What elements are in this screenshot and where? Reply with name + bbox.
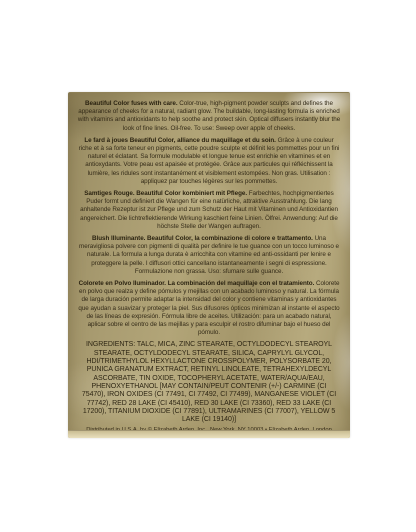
photo-white-background: Beautiful Color fuses with care. Color-t… (0, 0, 416, 532)
description-french-body: Grâce à une couleur riche et à sa forte … (79, 137, 340, 185)
box-bottom-edge (68, 430, 350, 438)
description-spanish: Colorete en Polvo Iluminador. La combina… (77, 280, 341, 337)
description-spanish-lead: Colorete en Polvo Iluminador. La combina… (79, 280, 315, 287)
description-german-lead: Samtiges Rouge. Beautiful Color kombinie… (84, 190, 247, 197)
ingredients-list: INGREDIENTS: TALC, MICA, ZINC STEARATE, … (81, 341, 337, 424)
description-german: Samtiges Rouge. Beautiful Color kombinie… (77, 190, 341, 231)
description-italian-lead: Blush Illuminante. Beautiful Color, la c… (92, 235, 313, 242)
description-english-lead: Beautiful Color fuses with care. (85, 100, 178, 107)
label-text-content: Beautiful Color fuses with care. Color-t… (68, 93, 350, 438)
product-box-back-panel: Beautiful Color fuses with care. Color-t… (68, 92, 350, 438)
description-spanish-body: Colorete en polvo que realza y define pó… (78, 280, 339, 336)
description-french: Le fard à joues Beautiful Color, allianc… (77, 137, 341, 186)
description-french-lead: Le fard à joues Beautiful Color, allianc… (84, 137, 276, 144)
description-italian: Blush Illuminante. Beautiful Color, la c… (77, 235, 341, 276)
description-english: Beautiful Color fuses with care. Color-t… (77, 100, 341, 133)
